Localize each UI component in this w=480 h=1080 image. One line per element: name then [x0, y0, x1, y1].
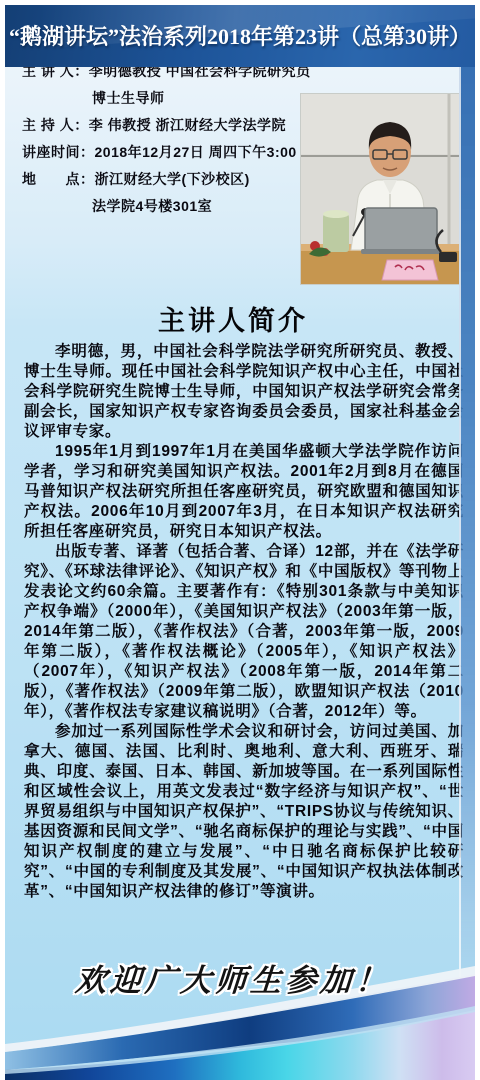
info-line-host: 主 持 人：李 伟教授 浙江财经大学法学院 [22, 112, 312, 139]
info-line-time: 讲座时间：2018年12月27日 周四下午3:00 [22, 139, 312, 166]
speaker-photo-illustration [301, 94, 461, 284]
bio-paragraph-4: 参加过一系列国际性学术会议和研讨会，访问过美国、加拿大、德国、法国、比利时、奥地… [24, 722, 464, 902]
info-line-location-cont: 法学院4号楼301室 [22, 193, 312, 220]
right-edge-band [459, 5, 475, 1080]
info-line-speaker-cont: 博士生导师 [22, 85, 312, 112]
speaker-photo [300, 93, 462, 285]
header-banner: “鹅湖讲坛”法治系列2018年第23讲（总第30讲） [5, 5, 475, 67]
section-heading-speaker-intro: 主讲人简介 [5, 299, 461, 338]
lecture-poster: “鹅湖讲坛”法治系列2018年第23讲（总第30讲） 讲座题目：法学类国家社科基… [0, 0, 480, 1080]
poster-title: “鹅湖讲坛”法治系列2018年第23讲（总第30讲） [5, 5, 475, 67]
speaker-bio: 李明德，男，中国社会科学院法学研究所研究员、教授、博士生导师。现任中国社会科学院… [24, 342, 464, 957]
bio-paragraph-2: 1995年1月到1997年1月在美国华盛顿大学法学院作访问学者，学习和研究美国知… [24, 442, 464, 542]
welcome-message: 欢迎广大师生参加！ [3, 955, 462, 1000]
bio-paragraph-3: 出版专著、译著（包括合著、合译）12部，并在《法学研究》、《环球法律评论》、《知… [24, 542, 464, 722]
info-line-location: 地 点：浙江财经大学(下沙校区) [22, 166, 312, 193]
bio-paragraph-1: 李明德，男，中国社会科学院法学研究所研究员、教授、博士生导师。现任中国社会科学院… [24, 342, 464, 442]
